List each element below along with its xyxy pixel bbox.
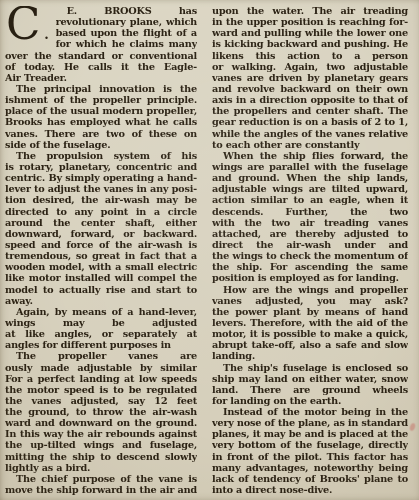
text-line: the up-tilted wings and fuselage, per- xyxy=(5,440,197,451)
text-line: ward and pulling while the lower one xyxy=(212,28,408,39)
text-line: upon the water. The air treading vane xyxy=(212,6,408,17)
text-line: Brooks has employed what he calls xyxy=(5,117,197,128)
text-line: ishment of the propeller principle. In xyxy=(5,95,197,106)
text-line: with the two air treading vanes xyxy=(212,218,408,229)
paragraph: How are the wings and propellervanes adj… xyxy=(212,285,408,363)
text-line: attached, are thereby adjusted to xyxy=(212,229,408,240)
text-line: For a perfect landing at low speeds xyxy=(5,374,197,385)
text-line: centric. By simply operating a hand- xyxy=(5,173,197,184)
text-line: directed to any point in a circle xyxy=(5,207,197,218)
text-line: likens this action to a person swimming xyxy=(212,51,408,62)
text-line: How are the wings and propeller xyxy=(212,285,408,296)
paragraph: Instead of the motor being in thevery no… xyxy=(212,407,408,496)
text-line: wings are parallel with the fuselage xyxy=(212,162,408,173)
text-line: gear reduction is on a basis of 2 to 1, xyxy=(212,117,408,128)
text-line: wooden model, with a small electric xyxy=(5,262,197,273)
text-line: vanes. There are two of these on each xyxy=(5,129,197,140)
drop-cap: C. xyxy=(6,8,49,40)
text-line: tion desired, the air-wash may be xyxy=(5,195,197,206)
text-line: adjustable wings are tilted upward, an xyxy=(212,184,408,195)
text-line: Instead of the motor being in the xyxy=(212,407,408,418)
text-line: place of the usual modern propeller, xyxy=(5,106,197,117)
text-line: lack of tendency of Brooks' plane to go xyxy=(212,474,408,485)
text-line: in front of the pilot. This factor has xyxy=(212,452,408,463)
text-line: In this way the air rebounds against xyxy=(5,429,197,440)
text-line: for landing on the earth. xyxy=(212,396,408,407)
text-line: the vanes adjusted, say 12 feet above xyxy=(5,396,197,407)
text-line: Air Treader. xyxy=(5,73,197,84)
text-line: move the ship forward in the air and xyxy=(5,485,197,496)
text-line: abrupt take-off, also a safe and slow xyxy=(212,340,408,351)
text-line: based upon the flight of a bird, xyxy=(56,28,197,39)
paragraph: upon the water. The air treading vanein … xyxy=(212,6,408,151)
text-line: When the ship flies forward, the xyxy=(212,151,408,162)
text-line: ship may land on either water, snow or xyxy=(212,374,408,385)
text-line: vanes adjusted, you may ask? Through xyxy=(212,296,408,307)
paragraph: Again, by means of a hand-lever, thewing… xyxy=(5,307,197,352)
text-line: the wings to check the momentum of xyxy=(212,251,408,262)
text-line: like motor installed will compel the xyxy=(5,273,197,284)
article-column-left: C.E. BROOKS has invented arevolutionary … xyxy=(5,6,197,500)
drop-cap-period: . xyxy=(44,29,48,42)
paragraph: The principal innovation is the abol-ish… xyxy=(5,84,197,151)
text-line: or walking. Again, two adjustable xyxy=(212,62,408,73)
text-line: is rotary, planetary, concentric and ec- xyxy=(5,162,197,173)
text-line: over the standard or conventional plane xyxy=(5,51,197,62)
text-line: wings may be adjusted simultaneously xyxy=(5,318,197,329)
text-line: The chief purpose of the vane is to xyxy=(5,474,197,485)
text-line: The propeller vanes are simultane- xyxy=(5,351,197,362)
text-line: land. There are ground wheels attached xyxy=(212,385,408,396)
paragraph: C.E. BROOKS has invented arevolutionary … xyxy=(5,6,197,84)
text-line: The propulsion system of his plane xyxy=(5,151,197,162)
text-line: axis in a direction opposite to that of xyxy=(212,95,408,106)
text-line: Again, by means of a hand-lever, the xyxy=(5,307,197,318)
text-line: of today. He calls it the Eagle-Winged xyxy=(5,62,197,73)
text-line: position is employed as for landing. xyxy=(212,273,408,284)
paragraph: The propulsion system of his planeis rot… xyxy=(5,151,197,307)
text-line: is kicking backward and pushing. He xyxy=(212,39,408,50)
text-line: speed and force of the air-wash is truly xyxy=(5,240,197,251)
paragraph: The propeller vanes are simultane-ously … xyxy=(5,351,197,474)
text-line: many advantages, noteworthy being the xyxy=(212,463,408,474)
text-line: the ship. For ascending the same wing xyxy=(212,262,408,273)
text-line: ward and downward on the ground. xyxy=(5,418,197,429)
text-line: into a direct nose-dive. xyxy=(212,485,408,496)
article-columns: C.E. BROOKS has invented arevolutionary … xyxy=(5,6,413,500)
text-line: while the angles of the vanes relative xyxy=(212,129,408,140)
text-line: and ground. When the ship lands, the xyxy=(212,173,408,184)
text-line: The principal innovation is the abol- xyxy=(5,84,197,95)
text-line: direct the air-wash under and against xyxy=(212,240,408,251)
text-line: away. xyxy=(5,296,197,307)
text-line: in the upper position is reaching for- xyxy=(212,17,408,28)
text-line: descends. Further, the two propellers, xyxy=(212,207,408,218)
text-line: action similar to an eagle, when it xyxy=(212,195,408,206)
text-line: E. BROOKS has invented a xyxy=(56,6,197,17)
text-line: The ship's fuselage is enclosed so the xyxy=(212,363,408,374)
text-line: angles for different purposes in flight. xyxy=(5,340,197,351)
text-line: downward, forward, or backward. The xyxy=(5,229,197,240)
paragraph: When the ship flies forward, thewings ar… xyxy=(212,151,408,285)
text-line: for which he claims many advantages xyxy=(56,39,197,50)
text-line: very bottom of the fuselage, directly xyxy=(212,440,408,451)
text-line: to each other are constantly changing. xyxy=(212,140,408,151)
text-line: very nose of the plane, as in standard xyxy=(212,418,408,429)
text-line: motor, it is possible to make a quick, xyxy=(212,329,408,340)
text-line: levers. Therefore, with the aid of the xyxy=(212,318,408,329)
paragraph: The chief purpose of the vane is tomove … xyxy=(5,474,197,496)
text-line: and revolve backward on their own xyxy=(212,84,408,95)
text-line: at like angles, or separately at varying xyxy=(5,329,197,340)
drop-cap-letter: C xyxy=(6,8,40,40)
text-line: model to actually rise and start to fly xyxy=(5,285,197,296)
text-line: the motor speed is to be regulated and xyxy=(5,385,197,396)
text-line: lightly as a bird. xyxy=(5,463,197,474)
text-line: the power plant by means of hand xyxy=(212,307,408,318)
text-line: around the center shaft, either upward, xyxy=(5,218,197,229)
text-line: the propellers and center shaft. The xyxy=(212,106,408,117)
text-line: landing. xyxy=(212,351,408,362)
paragraph: The ship's fuselage is enclosed so thesh… xyxy=(212,363,408,408)
article-page: C.E. BROOKS has invented arevolutionary … xyxy=(0,0,419,500)
text-line: vanes are driven by planetary gears xyxy=(212,73,408,84)
text-line: ously made adjustable by similar means. xyxy=(5,363,197,374)
text-line: side of the fuselage. xyxy=(5,140,197,151)
article-column-right: upon the water. The air treading vanein … xyxy=(212,6,408,500)
text-line: the ground, to throw the air-wash for- xyxy=(5,407,197,418)
paper-speck xyxy=(409,422,416,431)
text-line: lever to adjust the vanes in any posi- xyxy=(5,184,197,195)
text-line: planes, it may be and is placed at the xyxy=(212,429,408,440)
text-line: mitting the ship to descend slowly and xyxy=(5,452,197,463)
text-line: revolutionary plane, which is xyxy=(56,17,197,28)
text-line: tremendous, so great in fact that a xyxy=(5,251,197,262)
